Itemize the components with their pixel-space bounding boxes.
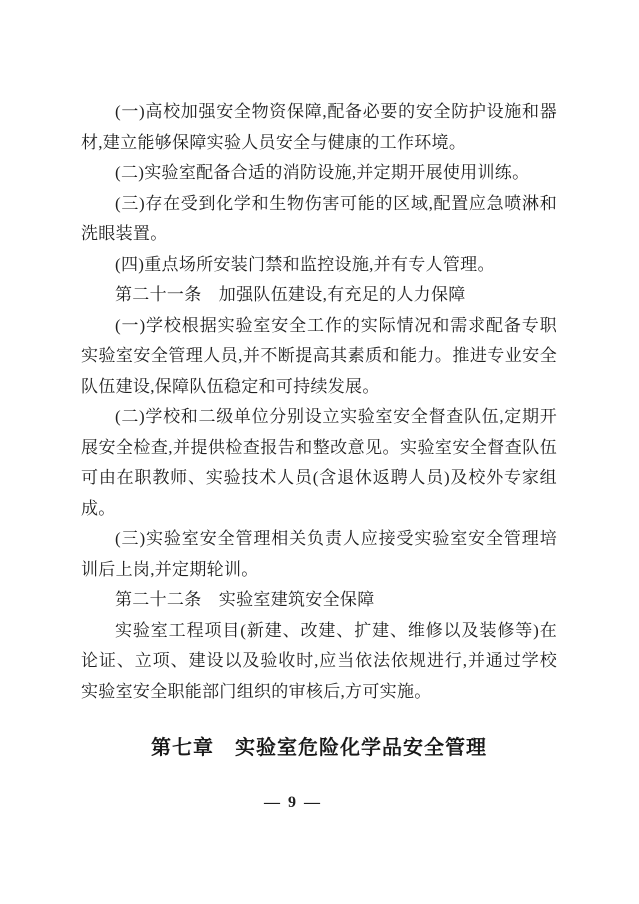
document-page: (一)高校加强安全物资保障,配备必要的安全防护设施和器材,建立能够保障实验人员安…: [0, 0, 639, 904]
chapter-heading: 第七章 实验室危险化学品安全管理: [81, 735, 557, 761]
paragraph-clause-5: (一)学校根据实验室安全工作的实际情况和需求配备专职实验室安全管理人员,并不断提…: [81, 311, 557, 403]
paragraph-clause-6: (二)学校和二级单位分别设立实验室安全督查队伍,定期开展安全检查,并提供检查报告…: [81, 402, 557, 524]
paragraph-clause-2: (二)实验室配备合适的消防设施,并定期开展使用训练。: [81, 158, 557, 189]
paragraph-clause-4: (四)重点场所安装门禁和监控设施,并有专人管理。: [81, 250, 557, 281]
page-number: — 9 —: [0, 792, 586, 814]
paragraph-clause-1: (一)高校加强安全物资保障,配备必要的安全防护设施和器材,建立能够保障实验人员安…: [81, 97, 557, 158]
document-body: (一)高校加强安全物资保障,配备必要的安全防护设施和器材,建立能够保障实验人员安…: [81, 97, 557, 761]
article-heading-21: 第二十一条 加强队伍建设,有充足的人力保障: [81, 280, 557, 311]
paragraph-clause-7: (三)实验室安全管理相关负责人应接受实验室安全管理培训后上岗,并定期轮训。: [81, 524, 557, 585]
article-heading-22: 第二十二条 实验室建筑安全保障: [81, 585, 557, 616]
paragraph-clause-3: (三)存在受到化学和生物伤害可能的区域,配置应急喷淋和洗眼装置。: [81, 189, 557, 250]
paragraph-body-1: 实验室工程项目(新建、改建、扩建、维修以及装修等)在论证、立项、建设以及验收时,…: [81, 616, 557, 708]
